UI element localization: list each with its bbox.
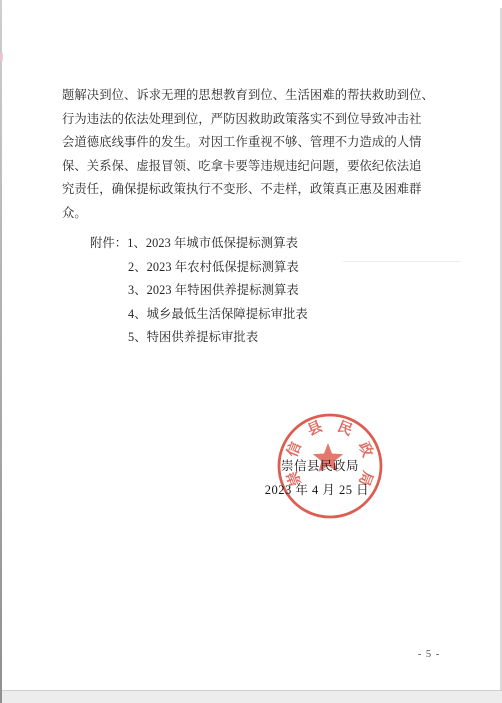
scan-artifact-pink-mark <box>0 53 3 61</box>
attachment-item: 3、2023 年特困供养提标测算表 <box>90 279 308 303</box>
body-line: 会道德底线事件的发生。对因工作重视不够、管理不力造成的人情 <box>62 131 434 155</box>
attachment-item: 1、2023 年城市低保提标测算表 <box>127 236 298 250</box>
attachment-list: 附件：1、2023 年城市低保提标测算表 2、2023 年农村低保提标测算表 3… <box>90 232 308 350</box>
signature-date: 2023 年 4 月 25 日 <box>244 480 390 498</box>
attachment-item: 2、2023 年农村低保提标测算表 <box>90 256 308 280</box>
attachment-label: 附件： <box>90 236 127 250</box>
scanned-document-page: 题解决到位、诉求无理的思想教育到位、生活困难的帮扶救助到位、 行为违法的依法处理… <box>0 0 502 703</box>
body-line: 题解决到位、诉求无理的思想教育到位、生活困难的帮扶救助到位、 <box>62 84 434 108</box>
attachment-line: 附件：1、2023 年城市低保提标测算表 <box>90 232 308 256</box>
body-line: 众。 <box>62 202 434 226</box>
attachment-item: 5、特困供养提标审批表 <box>90 326 308 350</box>
scan-edge-left <box>0 0 2 703</box>
attachment-item: 4、城乡最低生活保障提标审批表 <box>90 303 308 327</box>
scan-artifact-smudge <box>343 261 461 262</box>
body-line: 行为违法的依法处理到位，严防因救助政策落实不到位导致冲击社 <box>62 108 434 132</box>
body-line: 保、关系保、虚报冒领、吃拿卡要等违规违纪问题，要依纪依法追 <box>62 155 434 179</box>
body-paragraph: 题解决到位、诉求无理的思想教育到位、生活困难的帮扶救助到位、 行为违法的依法处理… <box>62 84 434 225</box>
body-line: 究责任，确保提标政策执行不变形、不走样，政策真正惠及困难群 <box>62 178 434 202</box>
scan-edge-bottom <box>2 690 502 703</box>
page-number: - 5 - <box>402 649 456 660</box>
signature-agency: 崇信县民政局 <box>258 456 382 474</box>
